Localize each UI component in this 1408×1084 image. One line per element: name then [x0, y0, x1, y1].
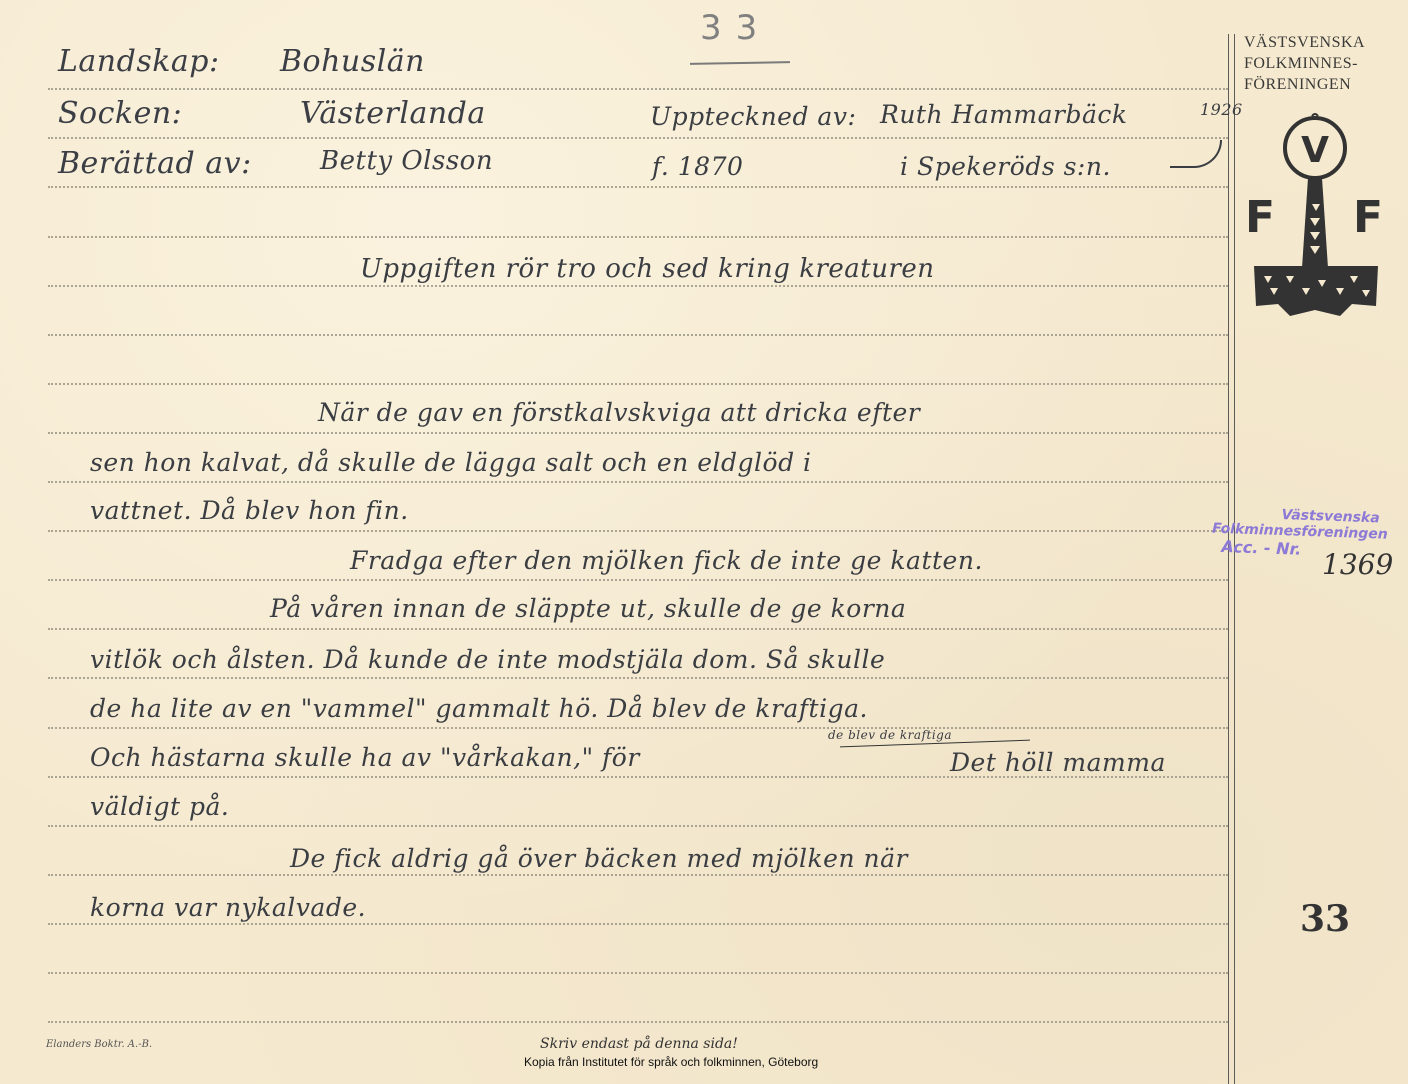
berattad-value: Betty Olsson	[320, 146, 493, 176]
accession-number: 1369	[1322, 548, 1393, 581]
rule-line	[48, 677, 1228, 679]
rule-line	[48, 579, 1228, 581]
born-year: f. 1870	[652, 152, 743, 181]
rule-line	[48, 972, 1228, 974]
rule-line	[48, 628, 1228, 630]
rule-line	[48, 825, 1228, 827]
printer-imprint: Elanders Boktr. A.-B.	[46, 1039, 152, 1050]
rule-line	[48, 88, 1228, 90]
logo-letter-f-right: F	[1353, 192, 1383, 243]
org-name-line: VÄSTSVENSKA	[1244, 32, 1394, 53]
year: 1926	[1200, 100, 1243, 119]
top-page-number: 33	[700, 8, 771, 48]
rule-line	[48, 137, 1228, 139]
body-line: Det höll mamma	[950, 748, 1166, 777]
logo-letter-v: V	[1301, 130, 1329, 171]
rule-line	[48, 923, 1228, 925]
org-name-line: FOLKMINNES-	[1244, 53, 1394, 74]
org-header: VÄSTSVENSKA FOLKMINNES- FÖRENINGEN	[1244, 32, 1394, 95]
rule-line	[48, 530, 1228, 532]
upptecknad-value: Ruth Hammarbäck	[880, 100, 1128, 129]
body-line: På våren innan de släppte ut, skulle de …	[270, 594, 906, 623]
body-line: korna var nykalvade.	[90, 893, 366, 922]
thors-hammer-icon: V F F	[1240, 110, 1390, 330]
body-line: vattnet. Då blev hon fin.	[90, 496, 409, 525]
berattad-label: Berättad av:	[58, 146, 252, 181]
rule-line	[48, 1021, 1228, 1023]
body-line: De fick aldrig gå över bäcken med mjölke…	[290, 844, 908, 873]
body-line: Och hästarna skulle ha av "vårkakan," fö…	[90, 743, 640, 772]
body-line: väldigt på.	[90, 792, 229, 821]
vertical-rule-right	[1234, 34, 1235, 1084]
rule-line	[48, 383, 1228, 385]
upptecknad-label: Uppteckned av:	[650, 102, 856, 131]
birthplace: i Spekeröds s:n.	[900, 152, 1111, 181]
landskap-value: Bohuslän	[280, 44, 425, 79]
insertion-note: de blev de kraftiga	[828, 728, 952, 742]
rule-line	[48, 236, 1228, 238]
rule-line	[48, 432, 1228, 434]
socken-label: Socken:	[58, 96, 182, 131]
body-line: När de gav en förstkalvskviga att dricka…	[318, 398, 920, 427]
document-title: Uppgiften rör tro och sed kring kreature…	[360, 254, 935, 284]
vertical-rule-left	[1228, 34, 1229, 1084]
body-line: vitlök och ålsten. Då kunde de inte mods…	[90, 645, 885, 674]
rule-line	[48, 481, 1228, 483]
landskap-label: Landskap:	[58, 44, 220, 79]
write-instruction: Skriv endast på denna sida!	[540, 1036, 738, 1052]
logo-letter-f-left: F	[1245, 192, 1275, 243]
rule-line	[48, 874, 1228, 876]
rule-line	[48, 285, 1228, 287]
body-line: de ha lite av en "vammel" gammalt hö. Då…	[90, 694, 868, 723]
org-name-line: FÖRENINGEN	[1244, 74, 1394, 95]
body-line: sen hon kalvat, då skulle de lägga salt …	[90, 448, 812, 477]
rule-line	[48, 186, 1228, 188]
body-line: Fradga efter den mjölken fick de inte ge…	[350, 546, 983, 575]
socken-value: Västerlanda	[300, 96, 486, 131]
rule-line	[48, 334, 1228, 336]
rule-line	[48, 727, 1228, 729]
side-page-number: 33	[1300, 898, 1350, 940]
copy-note: Kopia från Institutet för språk och folk…	[524, 1055, 818, 1069]
